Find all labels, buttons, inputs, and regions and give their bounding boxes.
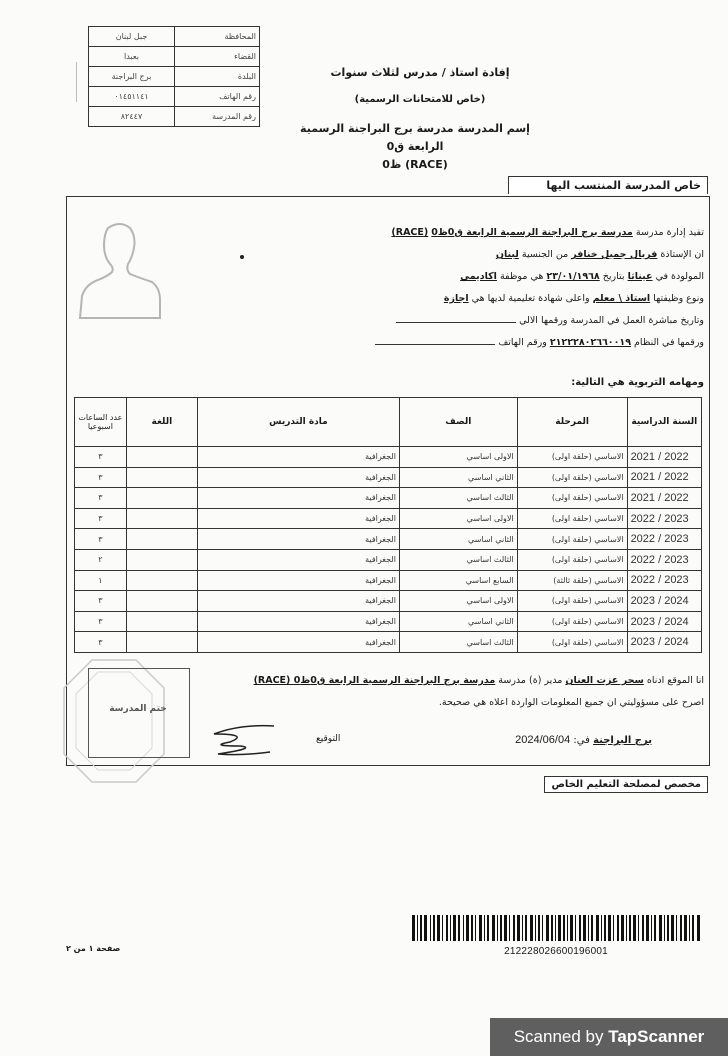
col-hours: عدد الساعات اسبوعيا (75, 398, 127, 447)
col-language: اللغة (126, 398, 197, 447)
table-row: 2021 / 2022الاساسي (حلقة اولى)الاولى اسا… (75, 447, 702, 468)
duties-header-row: السنة الدراسية المرحلة الصف مادة التدريس… (75, 398, 702, 447)
table-row: 2022 / 2023الاساسي (حلقة اولى)الثالث اسا… (75, 549, 702, 570)
duties-title: ومهامه التربوية هي التالية: (571, 377, 704, 388)
birth-line: المولودة في عيناثا بتاريخ ٢٣/٠١/١٩٦٨ هي … (304, 266, 704, 288)
teacher-line: ان الإستاذة فريال جميل خنافر من الجنسية … (304, 244, 704, 266)
scanner-brand: TapScanner (608, 1027, 704, 1046)
header-info-table: جبل لبنانالمحافظة بعبداالقضاء برج البراج… (88, 26, 260, 127)
nationality: لبنان (496, 249, 519, 260)
degree: اجازة (444, 293, 469, 304)
table-row: 2022 / 2023الاساسي (حلقة اولى)الثاني اسا… (75, 529, 702, 550)
system-number: ٢١٢٢٢٨٠٢٦٦٠٠١٩ (550, 337, 631, 348)
place: برج البراجنة (593, 735, 652, 746)
declaration-date: 2024/06/04 (515, 734, 570, 746)
info-value: ٨٢٤٤٧ (89, 107, 175, 127)
job-line: ونوع وظيفتها استاذ \ معلم واعلى شهادة تع… (304, 288, 704, 310)
system-number-line: ورقمها في النظام ٢١٢٢٢٨٠٢٦٦٠٠١٩ ورقم اله… (304, 332, 704, 354)
table-row: 2022 / 2023الاساسي (حلقة اولى)الاولى اسا… (75, 508, 702, 529)
info-value: برج البراجنة (89, 67, 175, 87)
stamp-label: ختم المدرسة (98, 704, 178, 714)
info-label: القضاء (175, 47, 260, 67)
school-name-line2: 0ظ (RACE) (290, 156, 540, 174)
employee-type: اكاديمي (460, 271, 497, 282)
table-row: 2021 / 2022الاساسي (حلقة اولى)الثاني اسا… (75, 467, 702, 488)
col-subject: مادة التدريس (197, 398, 399, 447)
phone-blank (375, 344, 495, 345)
info-row: برج البراجنةالبلدة (89, 67, 260, 87)
teacher-name: فريال جميل خنافر (571, 249, 657, 260)
school-name-line1: إسم المدرسة مدرسة برج البراجنة الرسمية ا… (290, 120, 540, 156)
school-name: مدرسة برج البراجنة الرسمية الرابعة ق0ظ0 (431, 227, 633, 238)
scanner-watermark: Scanned by TapScanner (490, 1018, 728, 1056)
start-date-line: وتاريخ مباشرة العمل في المدرسة ورقمها ال… (304, 310, 704, 332)
col-grade: الصف (399, 398, 517, 447)
info-label: رقم المدرسة (175, 107, 260, 127)
scan-speck (240, 255, 244, 259)
info-row: ٠١٤٥١١٤١رقم الهاتف (89, 87, 260, 107)
document-subtitle: (خاص للامتحانات الرسمية) (330, 94, 510, 105)
side-margin-mark (62, 62, 77, 102)
barcode-number: 212228026600196001 (412, 946, 700, 957)
info-label: المحافظة (175, 27, 260, 47)
school-intro-line: تفيد إدارة مدرسة مدرسة برج البراجنة الرس… (304, 222, 704, 244)
place-date: برج البراجنة في: 2024/06/04 (515, 734, 652, 746)
table-row: 2023 / 2024الاساسي (حلقة اولى)الثالث اسا… (75, 632, 702, 653)
info-row: بعبداالقضاء (89, 47, 260, 67)
birth-date: ٢٣/٠١/١٩٦٨ (546, 271, 599, 282)
table-row: 2023 / 2024الاساسي (حلقة اولى)الثاني اسا… (75, 611, 702, 632)
start-date-blank (396, 322, 516, 323)
declaration-block: انا الموقع ادناه سحر عزت العنان مدير (ة)… (204, 670, 704, 714)
table-row: 2022 / 2023الاساسي (حلقة ثالثة)السابع اس… (75, 570, 702, 591)
info-value: بعبدا (89, 47, 175, 67)
person-photo-placeholder-icon (78, 222, 162, 320)
info-label: البلدة (175, 67, 260, 87)
signature-icon (200, 720, 280, 760)
col-year: السنة الدراسية (627, 398, 701, 447)
birthplace: عيناثا (628, 271, 653, 282)
declaration-line2: اصرح على مسؤوليتي ان جميع المعلومات الوا… (204, 692, 704, 714)
school-section-tab: خاص المدرسة المنتسب اليها (508, 176, 708, 194)
declaration-school: مدرسة برج البراجنة الرسمية الرابعة ق0ظ0 … (254, 675, 496, 686)
school-code: (RACE) (391, 227, 428, 238)
job-title: استاذ \ معلم (593, 293, 651, 304)
info-value: جبل لبنان (89, 27, 175, 47)
barcode-icon (412, 915, 700, 941)
reserved-section-tab: مخصص لمصلحة التعليم الخاص (544, 776, 708, 793)
signature-label: التوقيع (316, 734, 340, 744)
info-value: ٠١٤٥١١٤١ (89, 87, 175, 107)
table-row: 2023 / 2024الاساسي (حلقة اولى)الاولى اسا… (75, 591, 702, 612)
info-row: ٨٢٤٤٧رقم المدرسة (89, 107, 260, 127)
info-label: رقم الهاتف (175, 87, 260, 107)
declaration-line1: انا الموقع ادناه سحر عزت العنان مدير (ة)… (204, 670, 704, 692)
school-name-heading: إسم المدرسة مدرسة برج البراجنة الرسمية ا… (290, 120, 540, 174)
director-name: سحر عزت العنان (565, 675, 643, 686)
table-row: 2021 / 2022الاساسي (حلقة اولى)الثالث اسا… (75, 488, 702, 509)
document-title: إفادة استاذ / مدرس لثلاث سنوات (320, 66, 520, 79)
col-stage: المرحلة (517, 398, 627, 447)
info-row: جبل لبنانالمحافظة (89, 27, 260, 47)
duties-table: السنة الدراسية المرحلة الصف مادة التدريس… (74, 397, 702, 653)
page-number: صفحة ١ من ٢ (66, 944, 120, 953)
